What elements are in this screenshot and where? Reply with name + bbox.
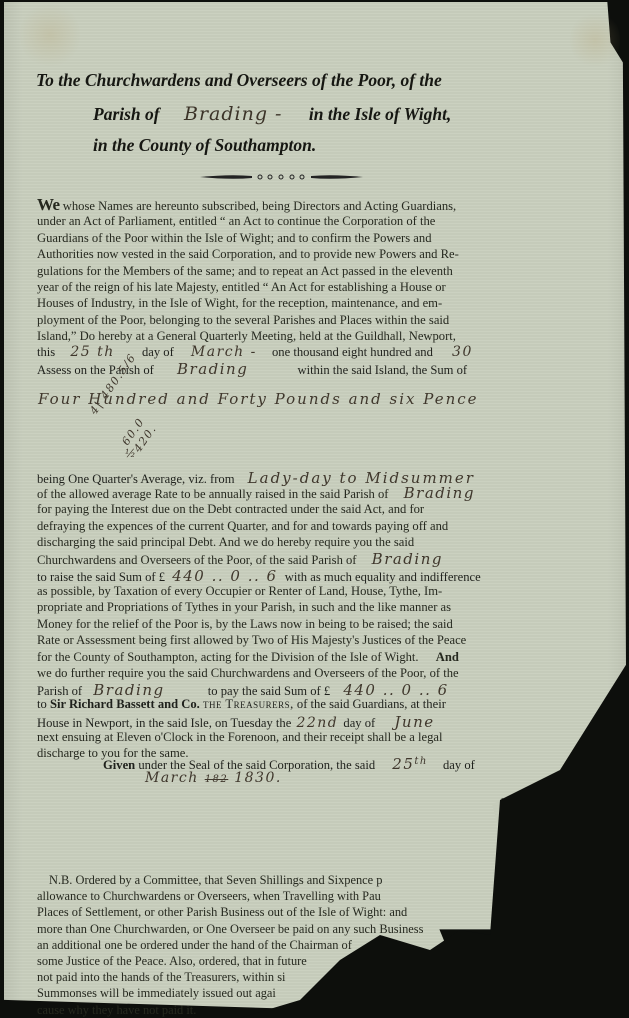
- date-year-handwritten: 30: [452, 344, 473, 360]
- treasurer-name: Sir Richard Bassett and Co.: [50, 697, 200, 711]
- body-line: Houses of Industry, in the Isle of Wight…: [37, 295, 572, 311]
- nb-line: Summonses will be immediately issued out…: [37, 985, 507, 1001]
- body-paragraph-3: as possible, by Taxation of every Occupi…: [37, 583, 572, 681]
- nb-line: not paid into the hands of the Treasurer…: [37, 969, 507, 985]
- heading-line-1: To the Churchwardens and Overseers of th…: [36, 70, 442, 91]
- body-line: next ensuing at Eleven o'Clock in the Fo…: [37, 729, 572, 745]
- heading-line-2: Parish of Brading - in the Isle of Wight…: [93, 103, 451, 125]
- body-line: Authorities now vested in the said Corpo…: [37, 246, 572, 262]
- ornamental-rule: [200, 173, 363, 181]
- body-paragraph-2: of the allowed average Rate to be annual…: [37, 485, 572, 567]
- given-date-handwritten: March 182 1830.: [145, 770, 282, 786]
- treasurer-line: to Sir Richard Bassett and Co. the Treas…: [37, 697, 446, 712]
- water-stain: [570, 10, 620, 70]
- date-day-handwritten: 25 th: [70, 344, 114, 360]
- body-line: for the County of Southampton, acting fo…: [37, 649, 572, 665]
- parish-handwritten: Brading: [404, 484, 475, 502]
- heading-line-3: in the County of Southampton.: [93, 135, 316, 156]
- nb-line: allowance to Churchwardens or Overseers,…: [37, 888, 507, 904]
- drop-word: We: [37, 195, 60, 214]
- body-line: defraying the expences of the current Qu…: [37, 518, 572, 534]
- body-line: propriate and Propriations of Tythes in …: [37, 599, 572, 615]
- body-line: year of the reign of his late Majesty, e…: [37, 279, 572, 295]
- body-line: Money for the relief of the Poor is, by …: [37, 616, 572, 632]
- water-stain: [20, 0, 80, 70]
- body-line: discharging the said principal Debt. And…: [37, 534, 572, 550]
- date-month-handwritten: March -: [191, 344, 257, 360]
- assess-line: Assess on the Parish of Brading within t…: [37, 360, 467, 378]
- body-line: of the allowed average Rate to be annual…: [37, 485, 572, 501]
- body-line: we do further require you the said Churc…: [37, 665, 572, 681]
- body-line: We whose Names are hereunto subscribed, …: [37, 197, 572, 213]
- nb-line: more than One Churchwarden, or One Overs…: [37, 921, 507, 937]
- body-line: Guardians of the Poor within the Isle of…: [37, 230, 572, 246]
- body-line: Churchwardens and Overseers of the Poor,…: [37, 551, 572, 567]
- body-line: as possible, by Taxation of every Occupi…: [37, 583, 572, 599]
- body-line: under an Act of Parliament, entitled “ a…: [37, 213, 572, 229]
- body-line: ployment of the Poor, belonging to the s…: [37, 312, 572, 328]
- body-line: Rate or Assessment being first allowed b…: [37, 632, 572, 648]
- body-line: for paying the Interest due on the Debt …: [37, 501, 572, 517]
- margin-calculation: ½: [125, 447, 137, 460]
- body-paragraph: We whose Names are hereunto subscribed, …: [37, 197, 572, 345]
- heading-parish-label: Parish of: [93, 104, 160, 124]
- nota-bene: N.B. Ordered by a Committee, that Seven …: [37, 872, 507, 1018]
- given-day-handwritten: 25: [392, 755, 414, 773]
- heading-isle: in the Isle of Wight,: [309, 104, 451, 124]
- body-line: gulations for the Members of the same; a…: [37, 263, 572, 279]
- date-line: this 25 th day of March - one thousand e…: [37, 344, 473, 360]
- body-line: Island,” Do hereby at a General Quarterl…: [37, 328, 572, 344]
- nb-line: Places of Settlement, or other Parish Bu…: [37, 904, 507, 920]
- nb-line: N.B. Ordered by a Committee, that Seven …: [37, 872, 507, 888]
- nb-line: cause why they have not paid it.: [37, 1002, 507, 1018]
- nb-line: an additional one be ordered under the h…: [37, 937, 507, 953]
- nb-line: some Justice of the Peace. Also, ordered…: [37, 953, 507, 969]
- heading-parish-handwritten: Brading -: [184, 103, 282, 125]
- parish-handwritten: Brading: [372, 550, 443, 568]
- assess-parish-handwritten: Brading: [177, 360, 248, 378]
